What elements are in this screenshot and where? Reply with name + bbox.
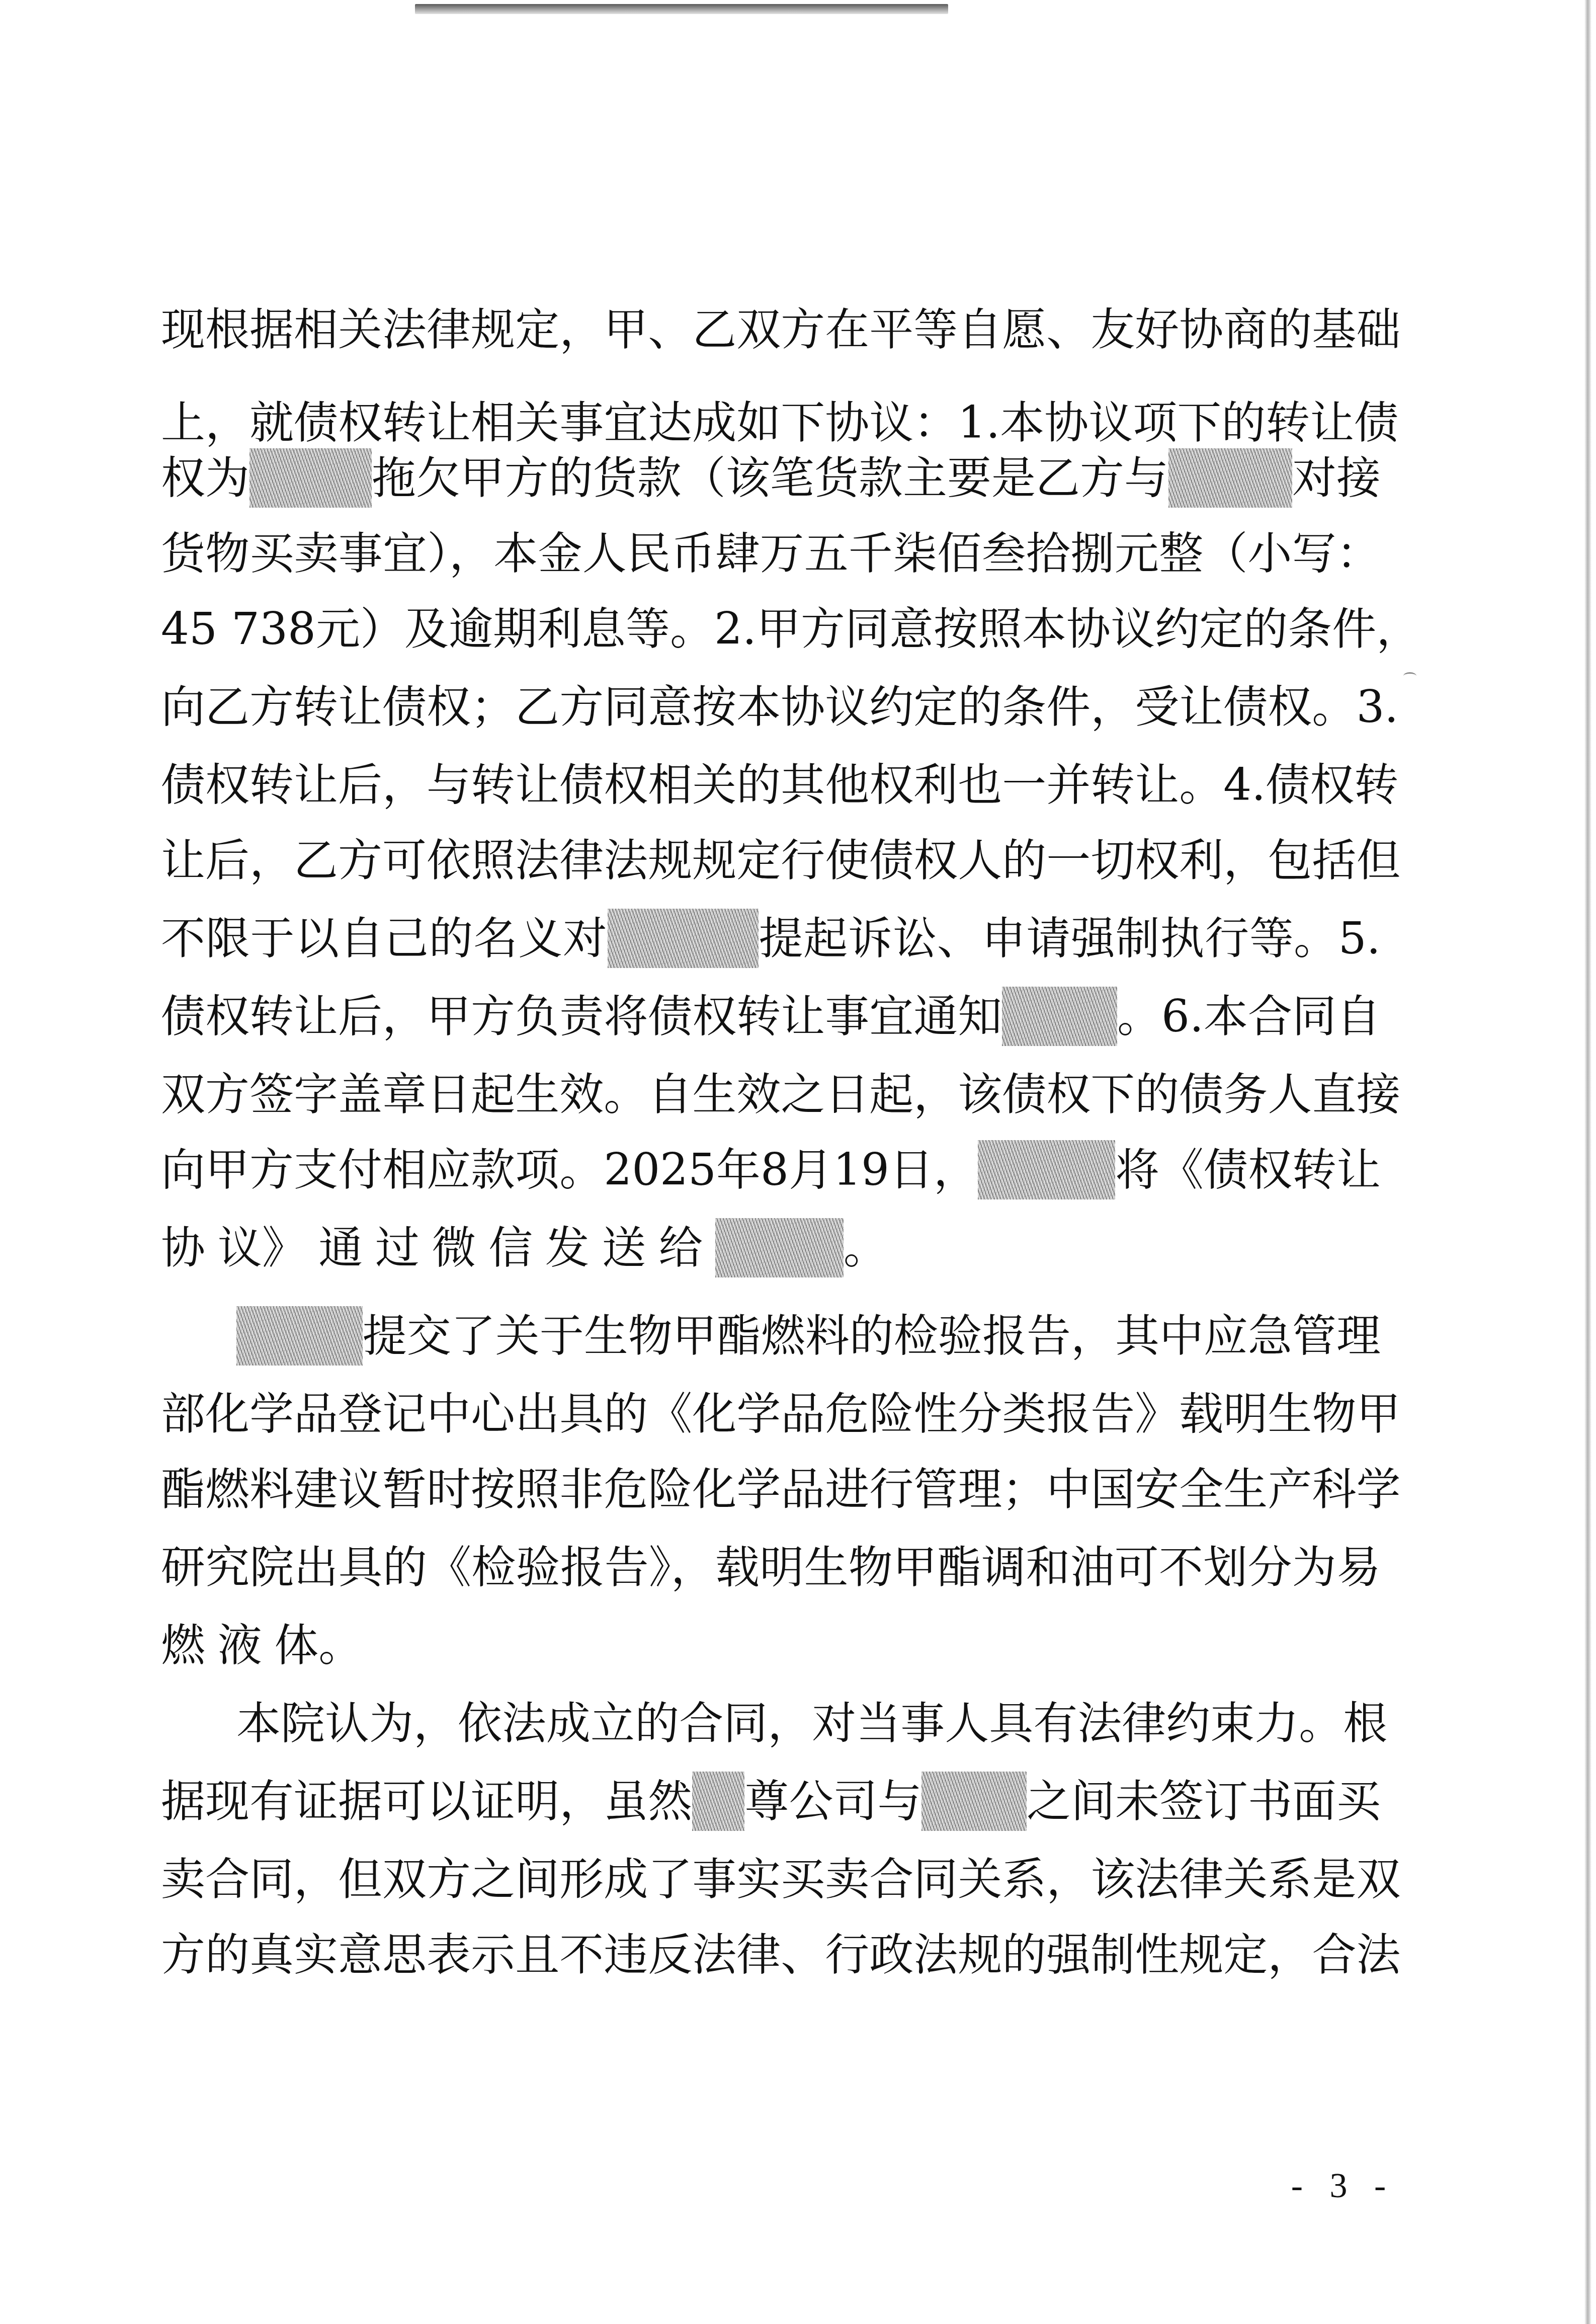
text-segment: 了 [648, 1852, 692, 1907]
text-line: 燃液体。 [161, 1618, 1381, 1673]
text-segment: 方 [161, 1927, 205, 1982]
text-segment: 议： [869, 395, 958, 450]
text-segment: 自 [340, 911, 384, 966]
text-segment: 为， [369, 1696, 458, 1751]
text-segment: 商 [1223, 302, 1268, 357]
text-segment: 利， [1179, 833, 1268, 888]
text-segment: 生 [692, 1067, 736, 1122]
text-segment: 转 [736, 989, 781, 1044]
text-segment: 接 [1336, 450, 1381, 506]
text-segment: 2025 [604, 1142, 716, 1197]
text-segment: 约 [1166, 1696, 1210, 1751]
text-segment: 议》 [218, 1220, 306, 1275]
text-segment: 权 [338, 395, 382, 450]
text-segment: 尊 [744, 1774, 789, 1829]
text-segment: 生 [1268, 1386, 1312, 1441]
text-line: 双方签字盖章日起生效。自生效之日起，该债权下的债务人直接 [161, 1067, 1381, 1122]
text-segment: 乙 [692, 302, 736, 357]
text-segment: 事 [900, 1696, 945, 1751]
text-segment: 管 [913, 1462, 958, 1517]
text-segment: 相 [382, 1142, 427, 1197]
text-segment: 法 [515, 833, 559, 888]
text-segment: 检 [894, 1308, 938, 1364]
text-segment: 约 [869, 679, 913, 735]
text-segment: 应 [1204, 1308, 1248, 1364]
text-segment: 的 [1135, 1067, 1179, 1122]
text-segment: 心 [471, 1386, 515, 1441]
text-segment: 关 [515, 395, 559, 450]
text-segment: 受 [1135, 679, 1179, 735]
text-segment: 日 [825, 1067, 869, 1122]
text-segment: 院 [249, 1540, 294, 1595]
text-segment: 卖 [825, 1852, 869, 1907]
text-segment: 协 [1044, 395, 1088, 450]
redaction-box [608, 909, 759, 968]
text-segment: 按 [692, 679, 736, 735]
text-segment: 方 [801, 601, 845, 657]
text-segment: 是 [1312, 1852, 1356, 1907]
text-segment: 字 [294, 1067, 338, 1122]
text-segment: 下 [1177, 395, 1221, 450]
text-segment: 事 [825, 989, 869, 1044]
text-segment: 利 [913, 757, 958, 813]
text-segment: 人 [582, 526, 627, 581]
text-segment: 燃 [161, 1618, 205, 1673]
text-segment: 发 [545, 1220, 590, 1275]
text-segment: 体。 [274, 1618, 363, 1673]
text-segment: 款 [471, 1142, 515, 1197]
text-segment: 成 [692, 395, 736, 450]
text-segment: 负 [515, 989, 559, 1044]
text-segment: 写： [1292, 526, 1381, 581]
text-segment: 双 [161, 1067, 205, 1122]
text-segment: 下 [1090, 1067, 1135, 1122]
text-segment: 当 [856, 1696, 900, 1751]
text-segment: 通 [913, 989, 958, 1044]
text-segment: 非 [559, 1462, 604, 1517]
text-segment: 司 [833, 1774, 877, 1829]
text-segment: 告》 [1090, 1386, 1179, 1441]
text-segment: 之 [1027, 1774, 1071, 1829]
text-segment: 认 [325, 1696, 369, 1751]
text-segment: 油 [1070, 1540, 1115, 1595]
text-segment: 但 [1356, 833, 1400, 888]
text-segment: 条 [1002, 679, 1046, 735]
text-segment: 科 [1312, 1462, 1356, 1517]
text-segment: 法 [692, 1927, 736, 1982]
text-segment: 定， [1223, 1927, 1312, 1982]
text-segment: 签 [249, 1067, 294, 1122]
text-segment: 19 [833, 1142, 889, 1197]
text-segment: 支 [294, 1142, 338, 1197]
text-segment: 险 [648, 1462, 692, 1517]
text-segment: 本 [1204, 989, 1248, 1044]
text-segment: 强 [1071, 911, 1115, 966]
text-segment: 限 [206, 911, 250, 966]
text-segment: 转 [1090, 757, 1135, 813]
text-segment: 全 [1179, 1462, 1223, 1517]
text-segment: 买 [1336, 1774, 1381, 1829]
text-line: 研究院出具的《检验报告》，载明生物甲酯调和油可不划分为易 [161, 1540, 1381, 1595]
text-segment: 权； [427, 679, 515, 735]
text-segment: 理； [958, 1462, 1046, 1517]
text-segment: 同， [249, 1852, 338, 1907]
text-segment: 束 [1210, 1696, 1254, 1751]
text-segment: 院 [281, 1696, 325, 1751]
text-line: 部化学品登记中心出具的《化学品危险性分类报告》载明生物甲 [161, 1386, 1381, 1441]
text-segment: 究 [205, 1540, 249, 1595]
text-segment: 日， [889, 1142, 978, 1197]
text-segment: 合 [1248, 989, 1292, 1044]
text-segment: 买 [781, 1852, 825, 1907]
text-segment: 转 [249, 757, 294, 813]
text-segment: 1. [958, 395, 1000, 450]
text-segment: 等。 [626, 601, 714, 657]
text-segment: 按 [934, 601, 978, 657]
text-segment: 方 [427, 1852, 471, 1907]
text-segment: 中 [427, 1386, 471, 1441]
text-segment: 息 [581, 601, 626, 657]
paragraph-first-line: 本院认为，依法成立的合同，对当事人具有法律约束力。根 [236, 1696, 1381, 1751]
text-segment: 依 [427, 833, 471, 888]
text-segment: 为 [205, 450, 249, 506]
text-segment: 章 [382, 1067, 427, 1122]
text-segment: 协 [825, 395, 869, 450]
text-segment: 学 [736, 1462, 781, 1517]
text-segment: 明 [1223, 1386, 1268, 1441]
text-segment: 意 [648, 679, 692, 735]
text-line: 现根据相关法律规定，甲、乙双方在平等自愿、友好协商的基础 [161, 302, 1381, 357]
text-segment: 民 [627, 526, 671, 581]
text-segment: 《债 [1159, 1142, 1248, 1197]
text-segment: 货 [161, 526, 205, 581]
text-segment: 法 [913, 1927, 958, 1982]
text-segment: 接 [1356, 1067, 1400, 1122]
text-segment: 不 [161, 911, 205, 966]
text-segment: 实 [294, 1927, 338, 1982]
text-segment: 2. [714, 601, 757, 657]
text-segment: 中 [1159, 1308, 1204, 1364]
text-segment: 定 [1199, 601, 1243, 657]
text-segment: 品 [781, 1462, 825, 1517]
text-segment: 方 [338, 833, 382, 888]
text-segment: 具 [339, 1540, 383, 1595]
text-segment: 生 [584, 1308, 628, 1364]
text-segment: 议 [1088, 395, 1133, 450]
text-segment: 间 [1071, 1774, 1115, 1829]
text-segment: 包 [1268, 833, 1312, 888]
text-segment: 中 [1046, 1462, 1090, 1517]
text-segment: 明， [515, 1774, 604, 1829]
text-segment: 定， [515, 302, 604, 357]
text-segment: 让 [161, 833, 205, 888]
text-segment: 议 [1111, 601, 1155, 657]
text-segment: 公 [789, 1774, 833, 1829]
text-segment: 债 [1354, 395, 1398, 450]
text-segment: 面 [1292, 1774, 1336, 1829]
text-segment: 宜 [604, 395, 648, 450]
text-segment: 法 [1077, 1696, 1122, 1751]
text-segment: 于 [540, 1308, 584, 1364]
text-segment: 项。 [515, 1142, 604, 1197]
text-segment: 真 [249, 1927, 294, 1982]
text-segment: 其 [781, 757, 825, 813]
text-segment: 债 [161, 757, 205, 813]
text-segment: 甲、 [604, 302, 692, 357]
text-segment: 5. [1338, 911, 1381, 966]
text-segment: 转 [382, 395, 427, 450]
text-segment: 议 [825, 679, 869, 735]
text-segment: 自 [648, 1067, 692, 1122]
text-segment: 同 [1292, 989, 1336, 1044]
text-segment: 不 [559, 1927, 604, 1982]
text-segment: 成 [546, 1696, 591, 1751]
text-segment: 好 [1135, 302, 1179, 357]
text-segment: 件， [1046, 679, 1135, 735]
text-segment: 元） [316, 601, 404, 657]
text-segment: 权 [1310, 757, 1354, 813]
text-line: 债权转让后，与转让债权相关的其他权利也一并转让。4.债权转 [161, 757, 1381, 813]
text-segment: 让 [515, 757, 559, 813]
text-segment: 根 [205, 302, 249, 357]
text-line: 卖合同，但双方之间形成了事实买卖合同关系，该法律关系是双 [161, 1852, 1381, 1907]
text-segment: 物 [1312, 1386, 1356, 1441]
text-segment: 主 [903, 450, 947, 506]
text-segment: 款 [859, 450, 903, 506]
text-line: 向甲方支付相应款项。2025年8月19日，将《债权转让 [161, 1142, 1381, 1197]
text-segment: 人 [945, 1696, 989, 1751]
text-segment: 效。 [559, 1067, 648, 1122]
text-segment: 起 [803, 911, 848, 966]
text-segment: 切 [1090, 833, 1135, 888]
text-segment: 可 [1115, 1540, 1159, 1595]
text-segment: 乙 [294, 833, 338, 888]
text-segment: 的 [736, 757, 781, 813]
text-segment: 易 [1336, 1540, 1381, 1595]
text-segment: 乙 [205, 679, 249, 735]
text-segment: 可 [382, 833, 427, 888]
text-segment: 行 [869, 1462, 913, 1517]
text-segment: 事 [559, 395, 604, 450]
text-segment: 出 [294, 1540, 339, 1595]
text-segment: 讼、 [893, 911, 981, 966]
text-segment: 燃 [761, 1308, 805, 1364]
text-segment: 达 [648, 395, 692, 450]
text-segment: 对 [1292, 450, 1336, 506]
text-segment: 逾 [449, 601, 493, 657]
text-segment: 规 [692, 833, 736, 888]
text-segment: 管 [1292, 1308, 1336, 1364]
text-segment: 力。 [1254, 1696, 1343, 1751]
text-segment: 规 [471, 302, 515, 357]
text-segment: 拖 [372, 450, 416, 506]
text-segment: 甲 [757, 601, 801, 657]
text-segment: 条 [1288, 601, 1332, 657]
text-segment: 让 [1336, 1142, 1381, 1197]
text-segment: 权 [205, 989, 249, 1044]
text-segment: 同， [723, 1696, 812, 1751]
text-segment: 后， [338, 757, 427, 813]
text-segment: 义 [518, 911, 562, 966]
text-segment: 45 738 [161, 601, 316, 657]
text-segment: 性 [1135, 1927, 1179, 1982]
text-segment: 效 [736, 1067, 781, 1122]
text-segment: 不 [1159, 1540, 1203, 1595]
text-segment: 债 [1223, 679, 1268, 735]
text-segment: 元 [1115, 526, 1159, 581]
text-segment: 让。 [1135, 757, 1223, 813]
redaction-box [715, 1218, 844, 1277]
text-segment: 利 [537, 601, 581, 657]
text-segment: 。 [844, 1220, 888, 1275]
text-segment: 规 [648, 833, 692, 888]
text-segment: 律 [1179, 1852, 1223, 1907]
text-segment: 对 [563, 911, 607, 966]
text-segment: 方 [1080, 450, 1124, 506]
text-segment: 据 [338, 1774, 382, 1829]
text-segment: 政 [869, 1927, 913, 1982]
text-segment: 请 [1026, 911, 1070, 966]
text-segment: 的 [958, 679, 1002, 735]
text-segment: 将 [1115, 1142, 1159, 1197]
text-segment: 。6. [1117, 989, 1204, 1044]
text-segment: 自 [1336, 989, 1381, 1044]
document-body: 现根据相关法律规定，甲、乙双方在平等自愿、友好协商的基础上，就债权转让相关事宜达… [0, 0, 1596, 2324]
text-segment: 液 [218, 1618, 262, 1673]
text-segment: 的 [1002, 1927, 1046, 1982]
text-segment: 照 [515, 1462, 559, 1517]
text-segment: 是 [991, 450, 1036, 506]
text-segment: 让 [427, 395, 471, 450]
text-segment: 的 [1243, 601, 1288, 657]
text-segment: 记 [382, 1386, 427, 1441]
text-segment: 研 [161, 1540, 205, 1595]
text-segment: 具 [559, 1386, 604, 1441]
text-segment: 8 [761, 1142, 789, 1197]
text-segment: 将 [604, 989, 648, 1044]
text-segment: 权 [161, 450, 205, 506]
text-segment: 律 [559, 833, 604, 888]
text-segment: 订 [1204, 1774, 1248, 1829]
text-segment: 《检 [427, 1540, 516, 1595]
text-segment: 未 [1115, 1774, 1159, 1829]
text-segment: 宜）， [383, 526, 493, 581]
text-segment: （小 [1203, 526, 1292, 581]
text-segment: 虽 [604, 1774, 648, 1829]
text-segment: 急 [1248, 1308, 1292, 1364]
text-segment: 币 [671, 526, 715, 581]
text-segment: 货 [593, 450, 637, 506]
paragraph-first-line: 提交了关于生物甲酯燃料的检验报告，其中应急管理 [236, 1308, 1381, 1364]
text-segment: 万 [760, 526, 804, 581]
text-segment: 柒 [893, 526, 937, 581]
text-segment: 成 [604, 1852, 648, 1907]
text-segment: 的 [604, 1386, 648, 1441]
text-segment: 定 [736, 833, 781, 888]
text-segment: 协 [781, 679, 825, 735]
text-segment: 双 [382, 1852, 427, 1907]
text-segment: 有 [1033, 1696, 1077, 1751]
text-segment: 让 [294, 757, 338, 813]
text-segment: 货 [814, 450, 859, 506]
text-segment: 制 [1090, 1927, 1135, 1982]
text-segment: 4. [1223, 757, 1266, 813]
text-segment: 报 [982, 1308, 1027, 1364]
text-segment: 与 [877, 1774, 921, 1829]
text-segment: 方 [471, 989, 515, 1044]
text-segment: 但 [338, 1852, 382, 1907]
text-segment: 方 [249, 679, 294, 735]
text-segment: 月 [789, 1142, 833, 1197]
text-segment: 在 [825, 302, 869, 357]
text-segment: 证 [471, 1774, 515, 1829]
text-segment: 划 [1203, 1540, 1247, 1595]
text-segment: 与 [1124, 450, 1168, 506]
text-segment: 规 [958, 1927, 1002, 1982]
text-segment: 让 [781, 989, 825, 1044]
text-segment: 协 [1066, 601, 1111, 657]
text-segment: 书 [1248, 1774, 1292, 1829]
text-segment: 生 [1223, 1462, 1268, 1517]
text-segment: 据 [161, 1774, 205, 1829]
text-segment: 酯 [717, 1308, 761, 1364]
text-segment: 分 [1247, 1540, 1292, 1595]
text-segment: 照 [978, 601, 1022, 657]
redaction-box [921, 1772, 1026, 1831]
text-line: 权为拖欠甲方的货款（该笔货款主要是乙方与对接 [161, 450, 1381, 506]
text-segment: 系， [1002, 1852, 1090, 1907]
text-segment: 肆 [715, 526, 760, 581]
text-segment: 债 [869, 833, 913, 888]
text-segment: 示 [471, 1927, 515, 1982]
text-segment: 按 [471, 1462, 515, 1517]
text-segment: 也 [958, 757, 1002, 813]
text-segment: 让 [1310, 395, 1354, 450]
text-segment: 分 [958, 1386, 1002, 1441]
text-segment: 立 [591, 1696, 635, 1751]
text-line: 上，就债权转让相关事宜达成如下协议：1.本协议项下的转让债 [161, 395, 1381, 450]
text-line: 方的真实意思表示且不违反法律、行政法规的强制性规定，合法 [161, 1927, 1381, 1982]
text-segment: 本 [1000, 395, 1044, 450]
redaction-box [1168, 448, 1292, 508]
text-segment: 双 [736, 302, 781, 357]
text-segment: 等 [913, 302, 958, 357]
text-segment: 行 [781, 833, 825, 888]
text-segment: 权 [205, 757, 249, 813]
text-segment: 同 [845, 601, 889, 657]
redaction-box [1002, 987, 1117, 1046]
text-segment: 债 [648, 989, 692, 1044]
text-segment: 具 [989, 1696, 1033, 1751]
text-segment: 意 [889, 601, 934, 657]
text-segment: 3. [1356, 679, 1398, 735]
text-segment: 之 [781, 1067, 825, 1122]
text-segment: 甲 [205, 1142, 249, 1197]
text-segment: 申 [981, 911, 1026, 966]
text-segment: 学 [249, 1386, 294, 1441]
text-segment: 要 [947, 450, 991, 506]
text-line: 向乙方转让债权；乙方同意按本协议约定的条件，受让债权。3. [161, 679, 1381, 735]
text-segment: 出 [515, 1386, 559, 1441]
text-segment: 乙 [1036, 450, 1080, 506]
text-segment: 协 [1179, 302, 1223, 357]
text-segment: 违 [604, 1927, 648, 1982]
text-segment: 物 [205, 526, 249, 581]
text-segment: 权 [692, 989, 736, 1044]
text-segment: 债 [1002, 1067, 1046, 1122]
text-segment: 转 [294, 679, 338, 735]
text-segment: 部 [161, 1386, 205, 1441]
